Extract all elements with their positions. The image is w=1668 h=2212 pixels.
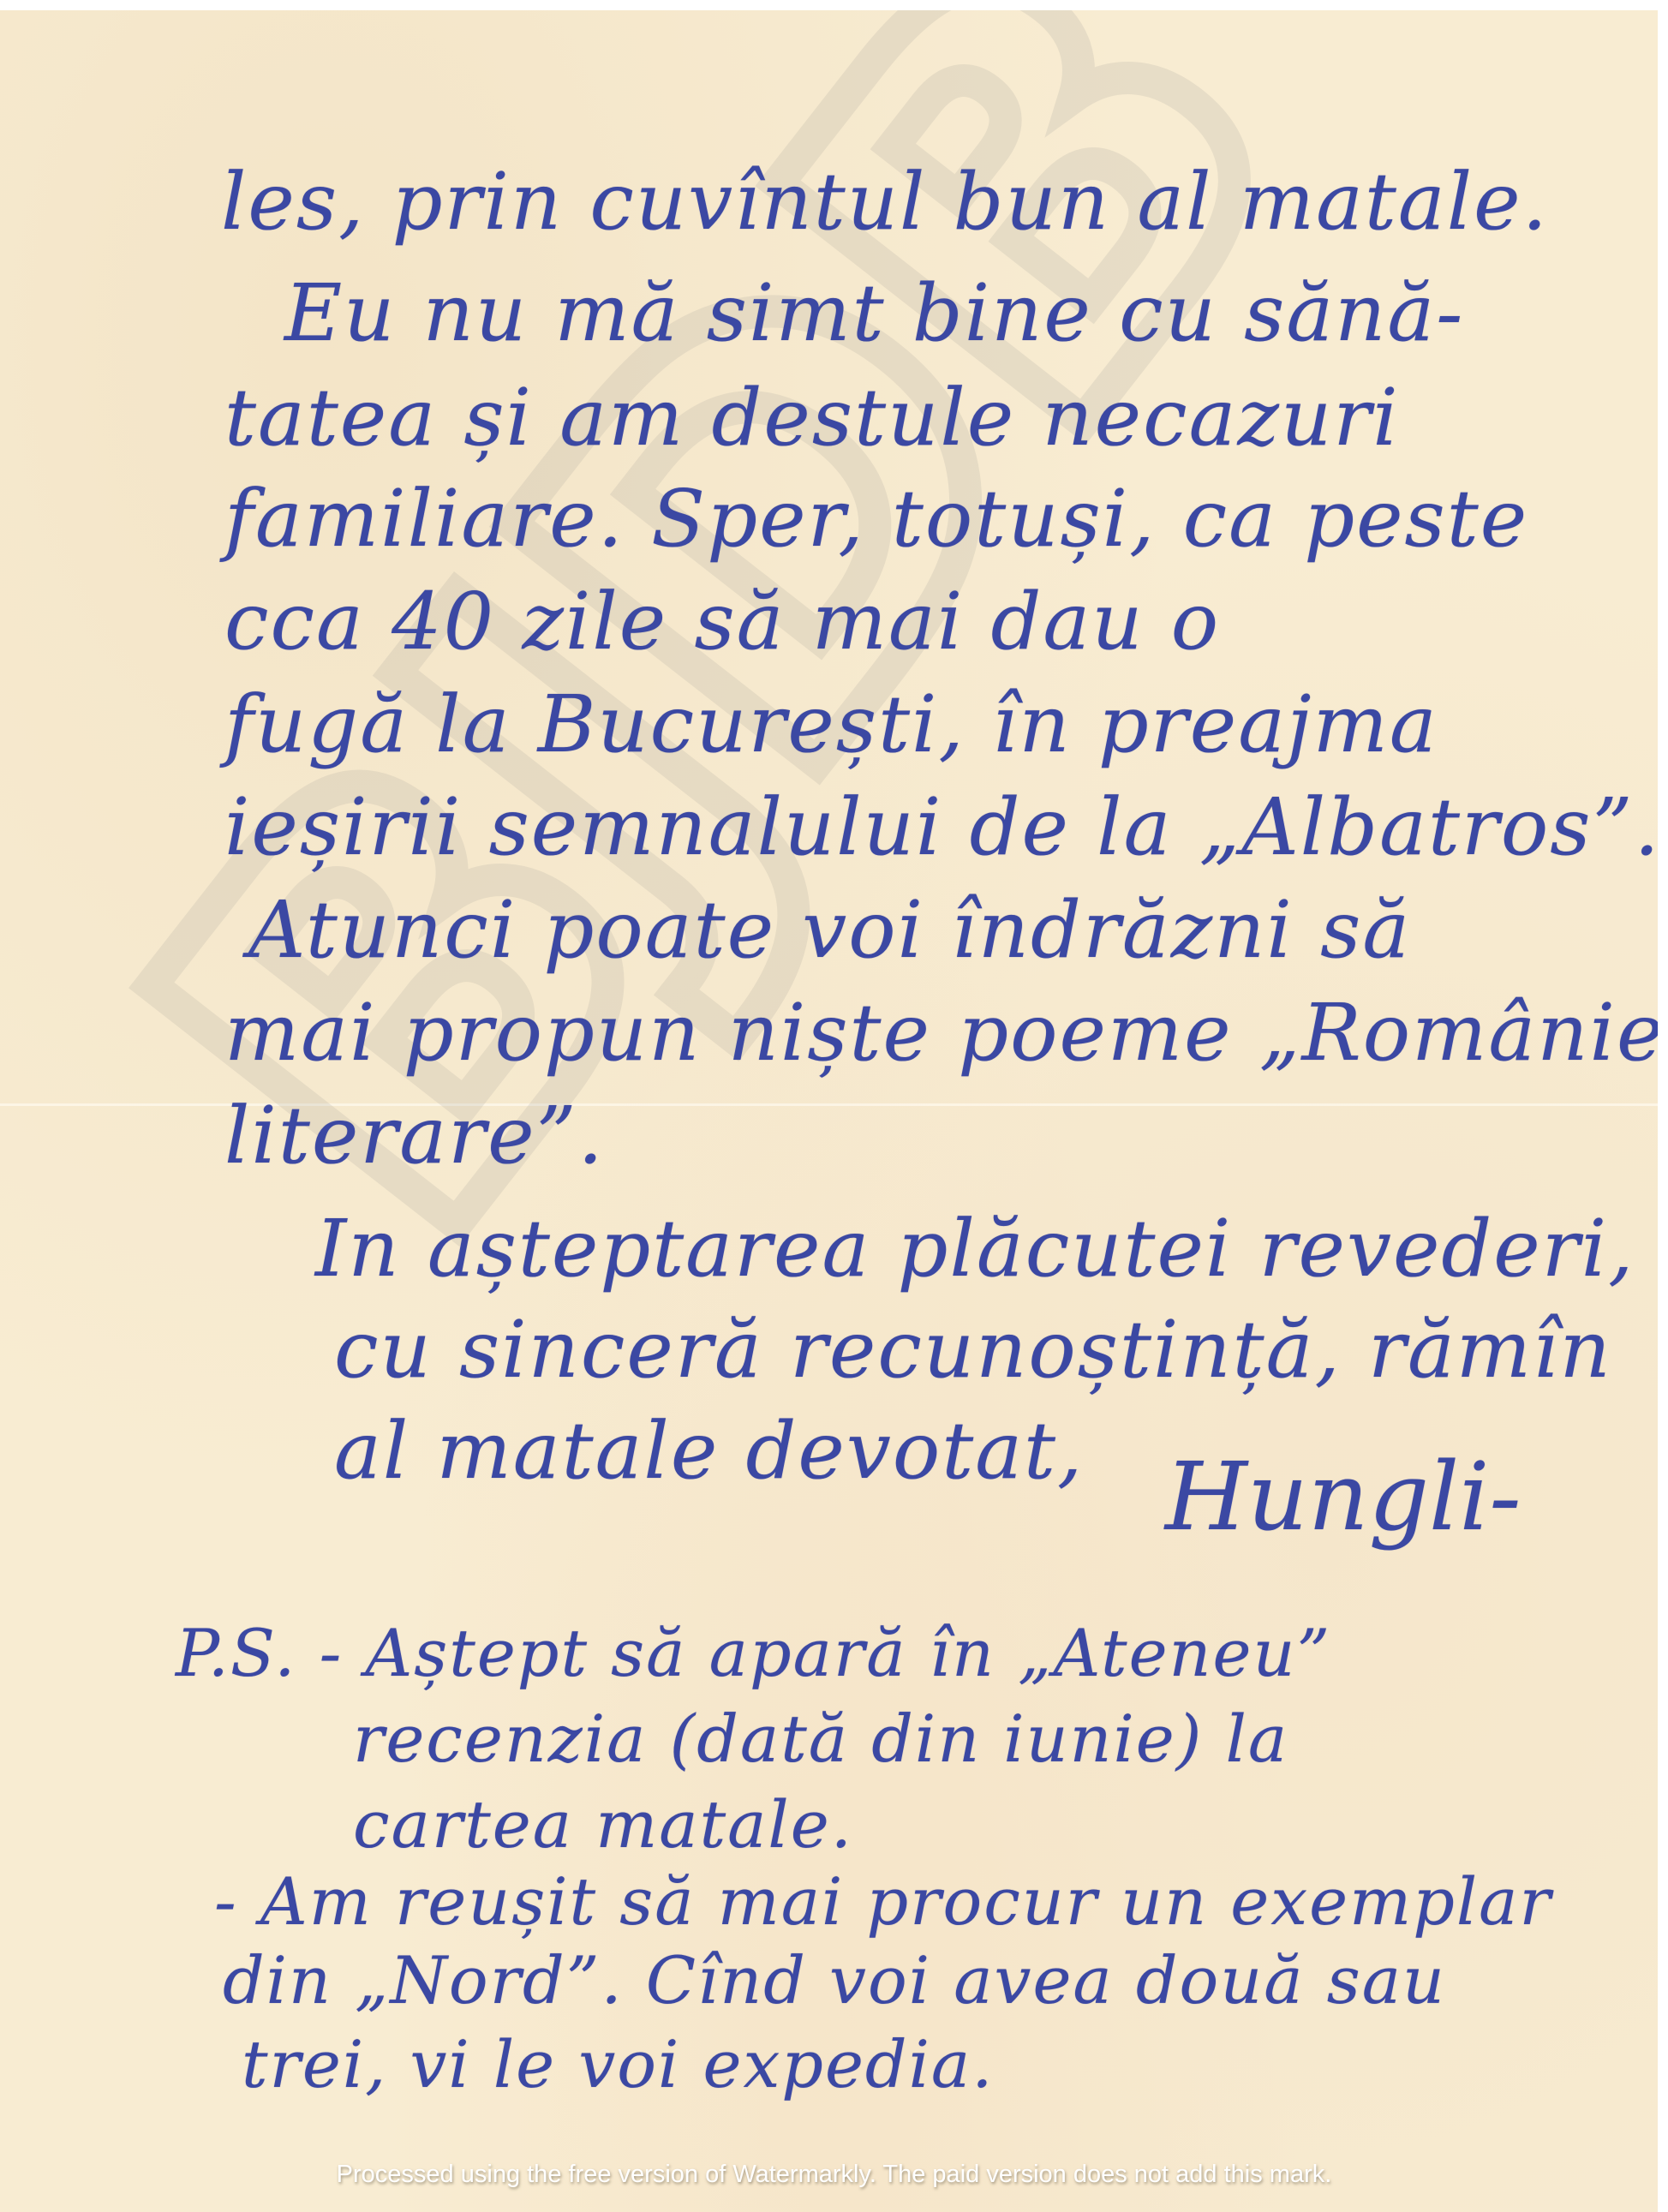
body-line-1: les, prin cuvîntul bun al matale. xyxy=(221,163,1549,242)
letter-page: BJDB les, prin cuvîntul bun al matale. E… xyxy=(0,10,1658,2212)
postscript-line-3: cartea matale. xyxy=(353,1792,853,1857)
closing-line-1: In așteptarea plăcutei revederi, xyxy=(315,1210,1635,1288)
postscript-line-6: trei, vi le voi expedia. xyxy=(242,2032,994,2097)
body-line-2: Eu nu mă simt bine cu sănă- xyxy=(284,274,1464,353)
body-line-5: cca 40 zile să mai dau o xyxy=(224,583,1220,661)
postscript-line-2: recenzia (dată din iunie) la xyxy=(353,1707,1288,1772)
closing-line-2: cu sinceră recunoștință, rămîn xyxy=(334,1311,1612,1390)
body-line-4: familiare. Sper, totuși, ca peste xyxy=(224,480,1528,559)
closing-line-3: al matale devotat, xyxy=(334,1412,1084,1491)
body-line-9: mai propun niște poeme „României xyxy=(224,994,1658,1073)
body-line-10: literare”. xyxy=(224,1097,605,1175)
body-line-7: ieșirii semnalului de la „Albatros”. xyxy=(224,788,1658,867)
body-line-8: Atunci poate voi îndrăzni să xyxy=(248,891,1411,970)
letter-body: les, prin cuvîntul bun al matale. Eu nu … xyxy=(0,10,1658,2212)
postscript-line-4: - Am reușit să mai procur un exemplar xyxy=(214,1869,1552,1934)
watermarkly-notice: Processed using the free version of Wate… xyxy=(0,2161,1668,2189)
signature: Hungli- xyxy=(1165,1450,1522,1544)
body-line-6: fugă la București, în preajma xyxy=(224,685,1438,764)
postscript-line-5: din „Nord”. Cînd voi avea două sau xyxy=(223,1948,1446,2013)
postscript-line-1: P.S. - Aștept să apară în „Ateneu” xyxy=(176,1621,1331,1686)
body-line-3: tatea și am destule necazuri xyxy=(224,379,1400,457)
